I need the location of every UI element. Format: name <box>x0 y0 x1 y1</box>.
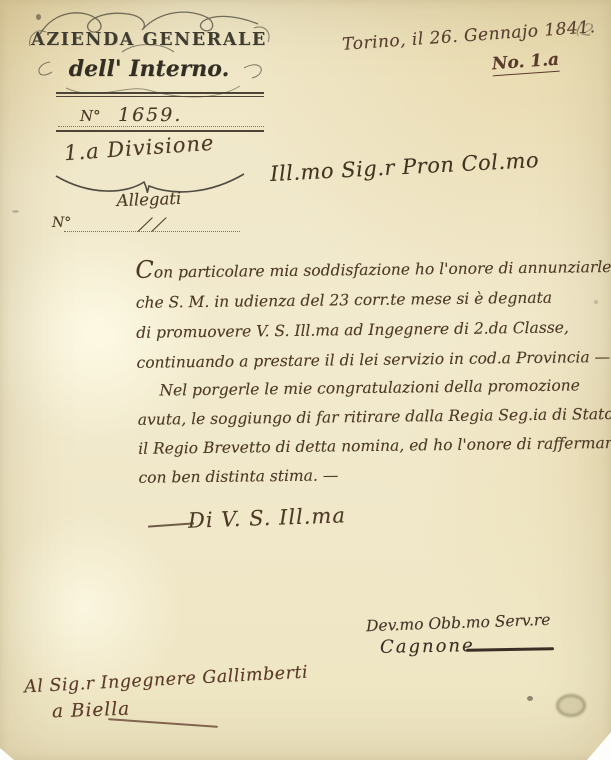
ink-stain-ring <box>556 694 586 717</box>
allegati-number-label: N° <box>52 215 71 231</box>
body-line: con ben distinta stima. — <box>138 458 600 493</box>
allegati-cancel-marks: // <box>137 215 175 235</box>
protocol-number-value: 1659. <box>118 104 182 126</box>
letterhead-rule-bottom <box>56 130 264 132</box>
organization-name-line1: AZIENDA GENERALE <box>26 30 272 50</box>
protocol-number-label: N° <box>80 107 101 125</box>
ink-speck <box>527 696 533 701</box>
body-line: il Regio Brevetto di detta nomina, ed ho… <box>138 429 600 464</box>
body-paragraph-1: Con particolare mia soddisfazione ho l'o… <box>135 249 598 378</box>
ink-speck <box>12 210 19 213</box>
allegati-number-line: N° // <box>64 209 240 232</box>
body-paragraph-2: Nel porgerle le mie congratulazioni dell… <box>137 371 600 493</box>
letterhead-rule-thin <box>56 96 264 97</box>
signature-name: Cagnone <box>380 635 475 658</box>
protocol-number-line: N° 1659. <box>58 100 264 127</box>
division-line: 1.a Divisione <box>63 131 215 165</box>
document-number: No. 1.a <box>491 50 560 77</box>
organization-name-line2: dell' Interno. <box>26 56 272 82</box>
letterhead-rule-thick <box>56 92 264 94</box>
printed-letterhead: AZIENDA GENERALE dell' Interno. N° 1659.… <box>26 6 272 238</box>
